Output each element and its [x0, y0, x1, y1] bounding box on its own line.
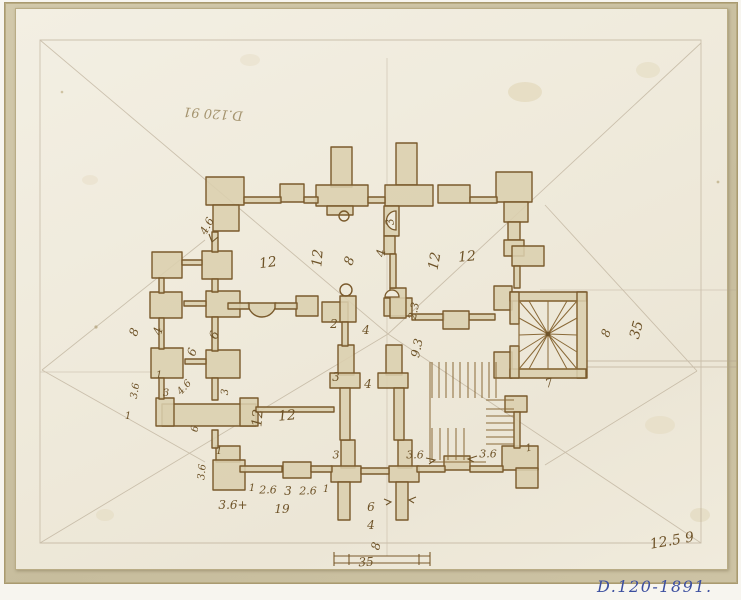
- floor-plan-drawing: [0, 0, 741, 600]
- accession-number: D.120-1891.: [597, 577, 713, 596]
- spiral-stair: [519, 301, 577, 369]
- scale-bar: [334, 552, 430, 566]
- walls: [150, 143, 587, 520]
- columns: [339, 211, 352, 296]
- drawing-scan: D.120 91121283412124.624342.39.3846613.6…: [0, 0, 741, 600]
